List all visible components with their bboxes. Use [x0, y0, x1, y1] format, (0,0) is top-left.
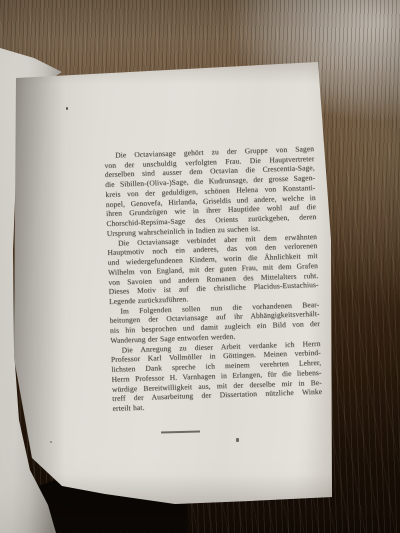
ink-speck	[50, 441, 52, 443]
page-text-block: Die Octaviansage gehört zu der Gruppe vo…	[104, 144, 323, 414]
book-photo: Die Octaviansage gehört zu der Gruppe vo…	[0, 0, 400, 533]
ink-speck	[66, 107, 68, 110]
printers-mark	[236, 438, 239, 442]
